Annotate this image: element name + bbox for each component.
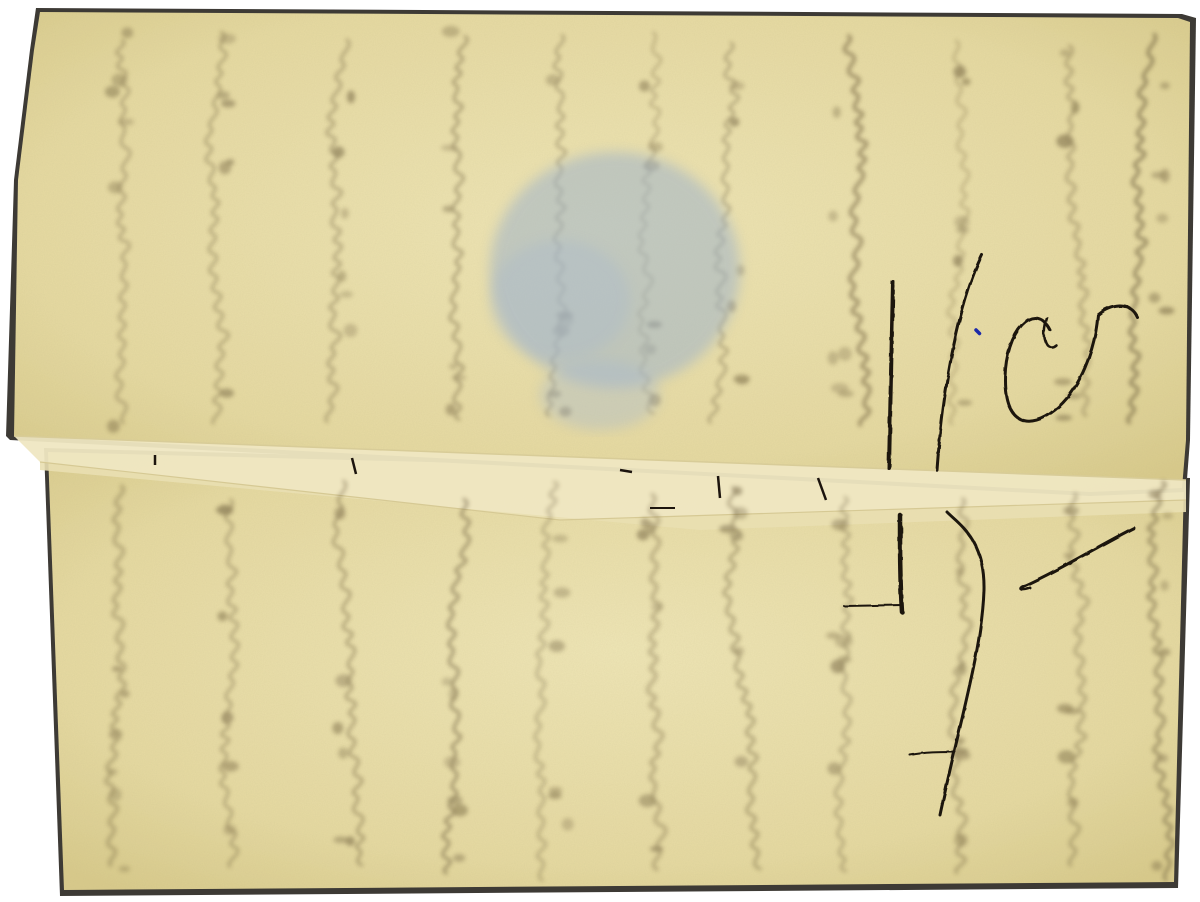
letter-artwork <box>0 0 1200 902</box>
letter-photograph: Folded antique stampless letter (entire)… <box>0 0 1200 902</box>
